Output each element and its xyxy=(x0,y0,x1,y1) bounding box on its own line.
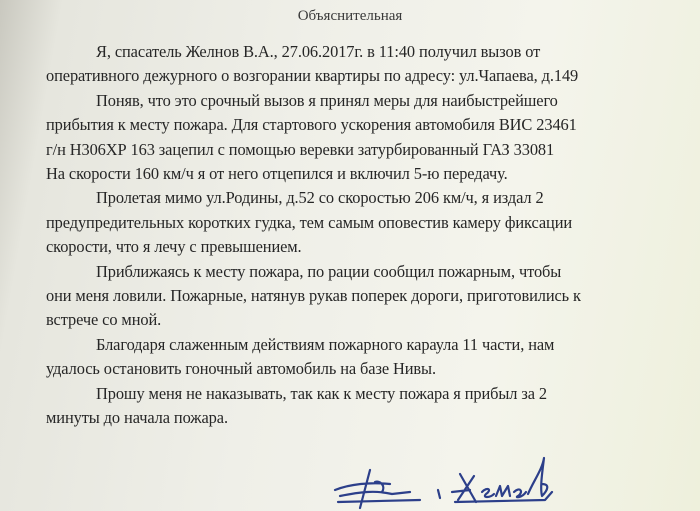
document-page: Объяснительная Я, спасатель Желнов В.А.,… xyxy=(0,0,700,511)
text-line: г/н Н306ХР 163 зацепил с помощью веревки… xyxy=(46,138,686,162)
document-title: Объяснительная xyxy=(0,8,700,25)
text-line: Поняв, что это срочный вызов я принял ме… xyxy=(46,89,686,113)
text-line: Приближаясь к месту пожара, по рации соо… xyxy=(46,260,686,284)
text-line: скорости, что я лечу с превышением. xyxy=(46,235,686,259)
text-line: оперативного дежурного о возгорании квар… xyxy=(46,64,686,88)
text-line: предупредительных коротких гудка, тем са… xyxy=(46,211,686,235)
text-line: Пролетая мимо ул.Родины, д.52 со скорост… xyxy=(46,186,686,210)
text-line: прибытия к месту пожара. Для стартового … xyxy=(46,113,686,137)
handwritten-signature xyxy=(330,440,650,510)
text-line: удалось остановить гоночный автомобиль н… xyxy=(46,357,686,381)
text-line: встрече со мной. xyxy=(46,308,686,332)
text-line: На скорости 160 км/ч я от него отцепился… xyxy=(46,162,686,186)
text-line: Я, спасатель Желнов В.А., 27.06.2017г. в… xyxy=(46,40,686,64)
text-line: Прошу меня не наказывать, так как к мест… xyxy=(46,382,686,406)
text-line: минуты до начала пожара. xyxy=(46,406,686,430)
document-body: Я, спасатель Желнов В.А., 27.06.2017г. в… xyxy=(46,40,686,431)
text-line: Благодаря слаженным действиям пожарного … xyxy=(46,333,686,357)
text-line: они меня ловили. Пожарные, натянув рукав… xyxy=(46,284,686,308)
